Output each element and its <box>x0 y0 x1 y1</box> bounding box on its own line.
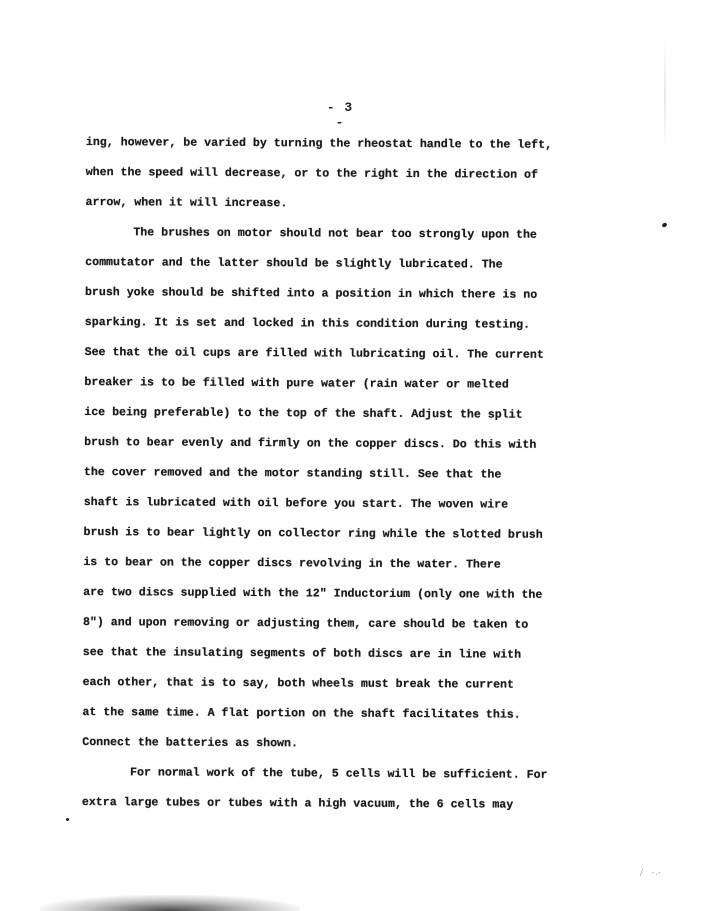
text-line: ing, however, be varied by turning the r… <box>86 128 626 161</box>
corner-scan-artifact: / -.- <box>640 868 661 878</box>
text-line: extra large tubes or tubes with a high v… <box>82 788 622 821</box>
text-line: brush is to bear lightly on collector ri… <box>83 518 623 551</box>
text-line: commutator and the latter should be slig… <box>85 248 625 281</box>
text-line: ice being preferable) to the top of the … <box>84 398 624 431</box>
text-line: the cover removed and the motor standing… <box>84 458 624 491</box>
text-line: 8") and upon removing or adjusting them,… <box>83 608 623 641</box>
scan-edge-artifact <box>664 40 666 150</box>
text-line: See that the oil cups are filled with lu… <box>85 338 625 371</box>
text-line: are two discs supplied with the 12" Indu… <box>83 578 623 611</box>
text-line: brush yoke should be shifted into a posi… <box>85 278 625 311</box>
text-line: see that the insulating segments of both… <box>83 638 623 671</box>
text-line: is to bear on the copper discs revolving… <box>83 548 623 581</box>
text-line: at the same time. A flat portion on the … <box>82 698 622 731</box>
scan-shadow-artifact <box>40 895 300 911</box>
text-line: sparking. It is set and locked in this c… <box>85 308 625 341</box>
text-line: Connect the batteries as shown. <box>82 728 622 761</box>
paragraph-start-line: The brushes on motor should not bear too… <box>85 218 625 251</box>
text-line: when the speed will decrease, or to the … <box>86 158 626 191</box>
page-number: - 3 - <box>320 100 360 130</box>
text-line: shaft is lubricated with oil before you … <box>84 488 624 521</box>
text-line: brush to bear evenly and firmly on the c… <box>84 428 624 461</box>
document-body: ing, however, be varied by turning the r… <box>82 128 626 821</box>
text-line: breaker is to be filled with pure water … <box>84 368 624 401</box>
text-line: each other, that is to say, both wheels … <box>83 668 623 701</box>
scanned-document-page: - 3 - ing, however, be varied by turning… <box>0 0 704 911</box>
text-line: arrow, when it will increase. <box>85 188 625 221</box>
margin-ink-mark <box>661 222 667 228</box>
margin-ink-dot <box>65 817 69 821</box>
paragraph-start-line: For normal work of the tube, 5 cells wil… <box>82 758 622 791</box>
